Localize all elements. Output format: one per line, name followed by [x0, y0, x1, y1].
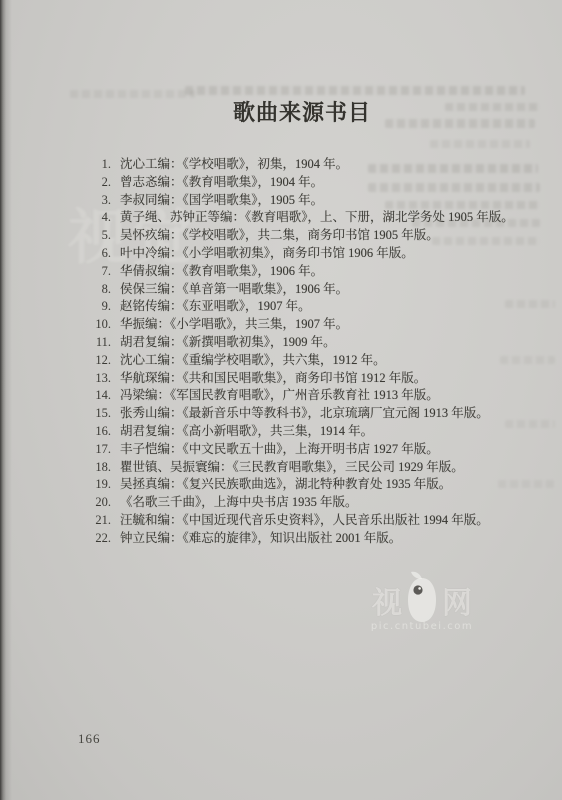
bibliography-entry: 8. 侯保三编：《单音第一唱歌集》，1906 年。	[84, 279, 552, 297]
entry-number: 18.	[84, 460, 111, 475]
bibliography-entry: 6. 叶中冷编：《小学唱歌初集》，商务印书馆 1906 年版。	[84, 243, 552, 261]
bibliography-entry: 10. 华振编：《小学唱歌》，共三集，1907 年。	[84, 314, 552, 332]
bleed-through-smudge	[185, 86, 525, 95]
entry-text: 冯梁编：《军国民教育唱歌》，广州音乐教育社 1913 年版。	[120, 385, 439, 403]
entry-number: 16.	[84, 424, 111, 439]
bibliography-entry: 2. 曾志忞编：《教育唱歌集》，1904 年。	[84, 172, 552, 190]
entry-number: 15.	[84, 406, 111, 421]
watermark-char-left: 视	[372, 588, 402, 620]
bibliography-entry: 22. 钟立民编：《难忘的旋律》，知识出版社 2001 年版。	[84, 528, 552, 546]
entry-text: 华振编：《小学唱歌》，共三集，1907 年。	[120, 314, 348, 332]
bibliography-entry: 21. 汪毓和编：《中国近现代音乐史资料》，人民音乐出版社 1994 年版。	[84, 510, 552, 528]
entry-text: 瞿世镇、吴振寰编：《三民教育唱歌集》，三民公司 1929 年版。	[120, 457, 464, 475]
page-number: 166	[78, 731, 101, 747]
entry-number: 13.	[84, 371, 111, 386]
entry-number: 3.	[84, 193, 111, 208]
watermark-char-right: 网	[442, 588, 472, 620]
page-title: 歌曲来源书目	[21, 96, 562, 127]
entry-text: 黄子绳、苏钟正等编：《教育唱歌》，上、下册，湖北学务处 1905 年版。	[120, 207, 514, 225]
entry-text: 丰子恺编：《中文民歌五十曲》，上海开明书店 1927 年版。	[120, 439, 439, 457]
bibliography-entry: 7. 华倩叔编：《教育唱歌集》，1906 年。	[84, 261, 552, 279]
entry-number: 2.	[84, 175, 111, 190]
entry-text: 赵铭传编：《东亚唱歌》，1907 年。	[120, 296, 311, 314]
entry-text: 张秀山编：《最新音乐中等教科书》，北京琉璃厂宜元阁 1913 年版。	[120, 403, 489, 421]
entry-text: 叶中冷编：《小学唱歌初集》，商务印书馆 1906 年版。	[120, 243, 414, 261]
entry-number: 7.	[84, 264, 111, 279]
entry-text: 胡君复编：《高小新唱歌》，共三集，1914 年。	[120, 421, 373, 439]
entry-number: 8.	[84, 282, 111, 297]
entry-number: 10.	[84, 317, 111, 332]
entry-number: 19.	[84, 477, 111, 492]
entry-number: 17.	[84, 442, 111, 457]
watermark-row: 视 网	[360, 562, 484, 620]
entry-text: 李叔同编：《国学唱歌集》，1905 年。	[120, 190, 323, 208]
entry-text: 吴怀疚编：《学校唱歌》，共二集，商务印书馆 1905 年版。	[120, 225, 439, 243]
bleed-through-smudge	[430, 140, 530, 148]
entry-text: 沈心工编：《重编学校唱歌》，共六集，1912 年。	[120, 350, 386, 368]
entry-number: 1.	[84, 157, 111, 172]
entry-text: 华航琛编：《共和国民唱歌集》，商务印书馆 1912 年版。	[120, 368, 426, 386]
bibliography-entry: 14. 冯梁编：《军国民教育唱歌》，广州音乐教育社 1913 年版。	[84, 385, 552, 403]
entry-number: 14.	[84, 388, 111, 403]
entry-number: 5.	[84, 228, 111, 243]
bibliography-list: 1. 沈心工编：《学校唱歌》，初集，1904 年。 2. 曾志忞编：《教育唱歌集…	[84, 154, 552, 546]
watermark-url: pic.cntubei.com	[360, 621, 484, 632]
entry-text: 《名歌三千曲》，上海中央书店 1935 年版。	[120, 492, 358, 510]
bibliography-entry: 18. 瞿世镇、吴振寰编：《三民教育唱歌集》，三民公司 1929 年版。	[84, 457, 552, 475]
entry-number: 20.	[84, 495, 111, 510]
book-edge-shadow	[0, 0, 12, 800]
bibliography-entry: 17. 丰子恺编：《中文民歌五十曲》，上海开明书店 1927 年版。	[84, 439, 552, 457]
entry-text: 华倩叔编：《教育唱歌集》，1906 年。	[120, 261, 323, 279]
watermark-mascot-logo	[403, 569, 441, 625]
scanned-page: 视觉 歌曲来源书目 1. 沈心工编：《学校唱歌》，初集，1904 年。 2. 曾…	[0, 0, 562, 800]
bibliography-entry: 4. 黄子绳、苏钟正等编：《教育唱歌》，上、下册，湖北学务处 1905 年版。	[84, 207, 552, 225]
bibliography-entry: 11. 胡君复编：《新撰唱歌初集》，1909 年。	[84, 332, 552, 350]
entry-number: 21.	[84, 513, 111, 528]
entry-number: 12.	[84, 353, 111, 368]
bibliography-entry: 20. 《名歌三千曲》，上海中央书店 1935 年版。	[84, 492, 552, 510]
entry-text: 侯保三编：《单音第一唱歌集》，1906 年。	[120, 279, 348, 297]
entry-text: 吴拯真编：《复兴民族歌曲选》，湖北特种教育处 1935 年版。	[120, 474, 451, 492]
bibliography-entry: 15. 张秀山编：《最新音乐中等教科书》，北京琉璃厂宜元阁 1913 年版。	[84, 403, 552, 421]
watermark: 视 网 pic.cntubei.com	[360, 562, 484, 632]
bibliography-entry: 16. 胡君复编：《高小新唱歌》，共三集，1914 年。	[84, 421, 552, 439]
bibliography-entry: 12. 沈心工编：《重编学校唱歌》，共六集，1912 年。	[84, 350, 552, 368]
bibliography-entry: 5. 吴怀疚编：《学校唱歌》，共二集，商务印书馆 1905 年版。	[84, 225, 552, 243]
entry-text: 钟立民编：《难忘的旋律》，知识出版社 2001 年版。	[120, 528, 401, 546]
bibliography-entry: 19. 吴拯真编：《复兴民族歌曲选》，湖北特种教育处 1935 年版。	[84, 474, 552, 492]
entry-text: 汪毓和编：《中国近现代音乐史资料》，人民音乐出版社 1994 年版。	[120, 510, 489, 528]
entry-number: 9.	[84, 299, 111, 314]
entry-text: 曾志忞编：《教育唱歌集》，1904 年。	[120, 172, 323, 190]
entry-number: 22.	[84, 531, 111, 546]
bibliography-entry: 9. 赵铭传编：《东亚唱歌》，1907 年。	[84, 296, 552, 314]
entry-number: 4.	[84, 210, 111, 225]
entry-number: 11.	[84, 335, 111, 350]
bibliography-entry: 13. 华航琛编：《共和国民唱歌集》，商务印书馆 1912 年版。	[84, 368, 552, 386]
entry-text: 沈心工编：《学校唱歌》，初集，1904 年。	[120, 154, 348, 172]
entry-number: 6.	[84, 246, 111, 261]
bibliography-entry: 3. 李叔同编：《国学唱歌集》，1905 年。	[84, 190, 552, 208]
bibliography-entry: 1. 沈心工编：《学校唱歌》，初集，1904 年。	[84, 154, 552, 172]
entry-text: 胡君复编：《新撰唱歌初集》，1909 年。	[120, 332, 336, 350]
